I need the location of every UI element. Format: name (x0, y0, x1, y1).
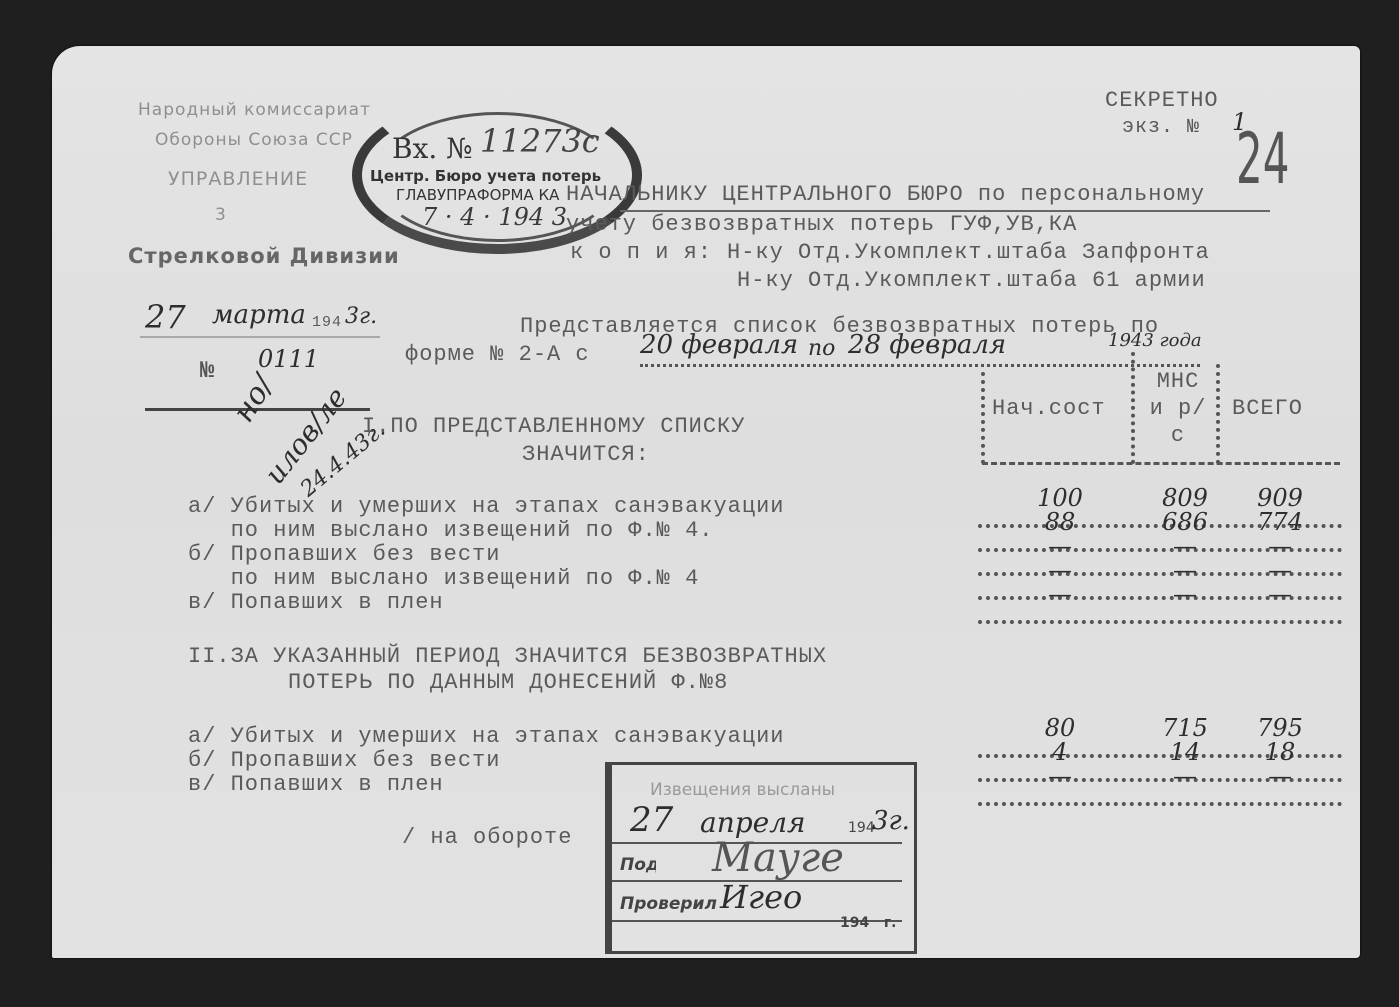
intro-line2-prefix: форме № 2-А с (405, 342, 590, 367)
signed-label: Подпись (620, 855, 656, 875)
section2-title-line2: ПОТЕРЬ ПО ДАННЫМ ДОНЕСЕНИЙ Ф.№8 (288, 670, 728, 695)
row-label: по ним выслано извещений по Ф.№ 4. (188, 518, 713, 543)
signature-2: Игео (720, 878, 802, 916)
header-total: ВСЕГО (1232, 396, 1303, 421)
copy-recipient-2: Н-ку Отд.Укомплект.штаба 61 армии (737, 268, 1206, 293)
table-divider-1 (1131, 352, 1135, 464)
registration-bottom-year: 194 г. (840, 915, 896, 931)
document-date-month: марта (212, 300, 306, 330)
section2-title-line1: II.ЗА УКАЗАННЫЙ ПЕРИОД ЗНАЧИТСЯ БЕЗВОЗВР… (188, 644, 827, 669)
row-label: в/ Попавших в плен (188, 590, 444, 615)
row-label: б/ Пропавших без вести (188, 748, 500, 773)
row-label: в/ Попавших в плен (188, 772, 444, 797)
header-officers: Нач.сост (992, 396, 1106, 421)
row-label: а/ Убитых и умерших на этапах санэвакуац… (188, 724, 785, 749)
letterhead-line4: 3 (215, 205, 227, 225)
incoming-number-label: Вх. № (392, 132, 473, 165)
row-value: — (1240, 762, 1320, 790)
period-dotted-line (640, 364, 1200, 367)
period-year: 1943 года (1108, 330, 1202, 351)
continuation-note: / на обороте (402, 825, 572, 850)
addressee-line2: учету безвозвратных потерь ГУФ,УВ,КА (566, 212, 1077, 237)
date-underline (140, 336, 380, 338)
outgoing-number-value: 0111 (258, 345, 319, 373)
section1-title-line1: I.ПО ПРЕДСТАВЛЕННОМУ СПИСКУ (362, 414, 745, 439)
letterhead-line1: Народный комиссариат (138, 100, 371, 120)
outgoing-number-label: № (200, 358, 215, 385)
sheet-number: 24 (1236, 118, 1289, 200)
document-date-year-suffix: 3г. (345, 304, 377, 329)
row-value: — (1240, 580, 1320, 608)
period-from: 20 февраля (640, 330, 798, 360)
copy-label: к о п и я: (570, 240, 712, 265)
registration-year-prefix: 194 (848, 820, 875, 836)
table-divider-2 (1216, 364, 1220, 464)
copy-recipient-1: Н-ку Отд.Укомплект.штаба Запфронта (727, 240, 1210, 265)
row-dotted-line (978, 620, 1342, 624)
registration-date-day: 27 (630, 800, 673, 840)
row-label: б/ Пропавших без вести (188, 542, 500, 567)
period-to: 28 февраля (848, 330, 1006, 360)
registration-stamp-header: Извещения высланы (650, 780, 835, 800)
copy-number-label: экз. № (1122, 116, 1200, 139)
row-value: — (1145, 580, 1225, 608)
row-label: по ним выслано извещений по Ф.№ 4 (188, 566, 699, 591)
secrecy-label: СЕКРЕТНО (1105, 88, 1219, 113)
incoming-stamp-date: 7 · 4 · 194 3 (422, 203, 567, 231)
period-to-label: по (808, 336, 835, 361)
addressee-line1: НАЧАЛЬНИКУ ЦЕНТРАЛЬНОГО БЮРО по персонал… (566, 182, 1205, 207)
section1-title-line2: ЗНАЧИТСЯ: (522, 442, 650, 467)
incoming-stamp-org-line2: ГЛАВУПРАФОРМА КА (396, 186, 559, 204)
row-label: а/ Убитых и умерших на этапах санэвакуац… (188, 494, 785, 519)
row-value: — (1145, 762, 1225, 790)
signature-1: Мауге (712, 835, 844, 881)
table-border-left (981, 372, 985, 464)
header-enlisted: МНС и р/с (1148, 368, 1208, 449)
document-date-day: 27 (145, 298, 186, 336)
letterhead-division: Стрелковой Дивизии (128, 244, 400, 268)
row-value: — (1020, 762, 1100, 790)
row-dotted-line (978, 802, 1342, 806)
checked-label: Проверил (620, 894, 717, 914)
document-date-year-prefix: 194 (312, 314, 342, 331)
incoming-number-value: 11273с (480, 122, 600, 160)
intro-line1: Представляется список безвозвратных поте… (520, 314, 1159, 339)
letterhead-line3: УПРАВЛЕНИЕ (168, 168, 308, 190)
letterhead-line2: Обороны Союза ССР (155, 130, 353, 150)
row-value: — (1020, 580, 1100, 608)
table-header-rule (982, 462, 1340, 465)
registration-year-suffix: 3г. (872, 806, 910, 836)
